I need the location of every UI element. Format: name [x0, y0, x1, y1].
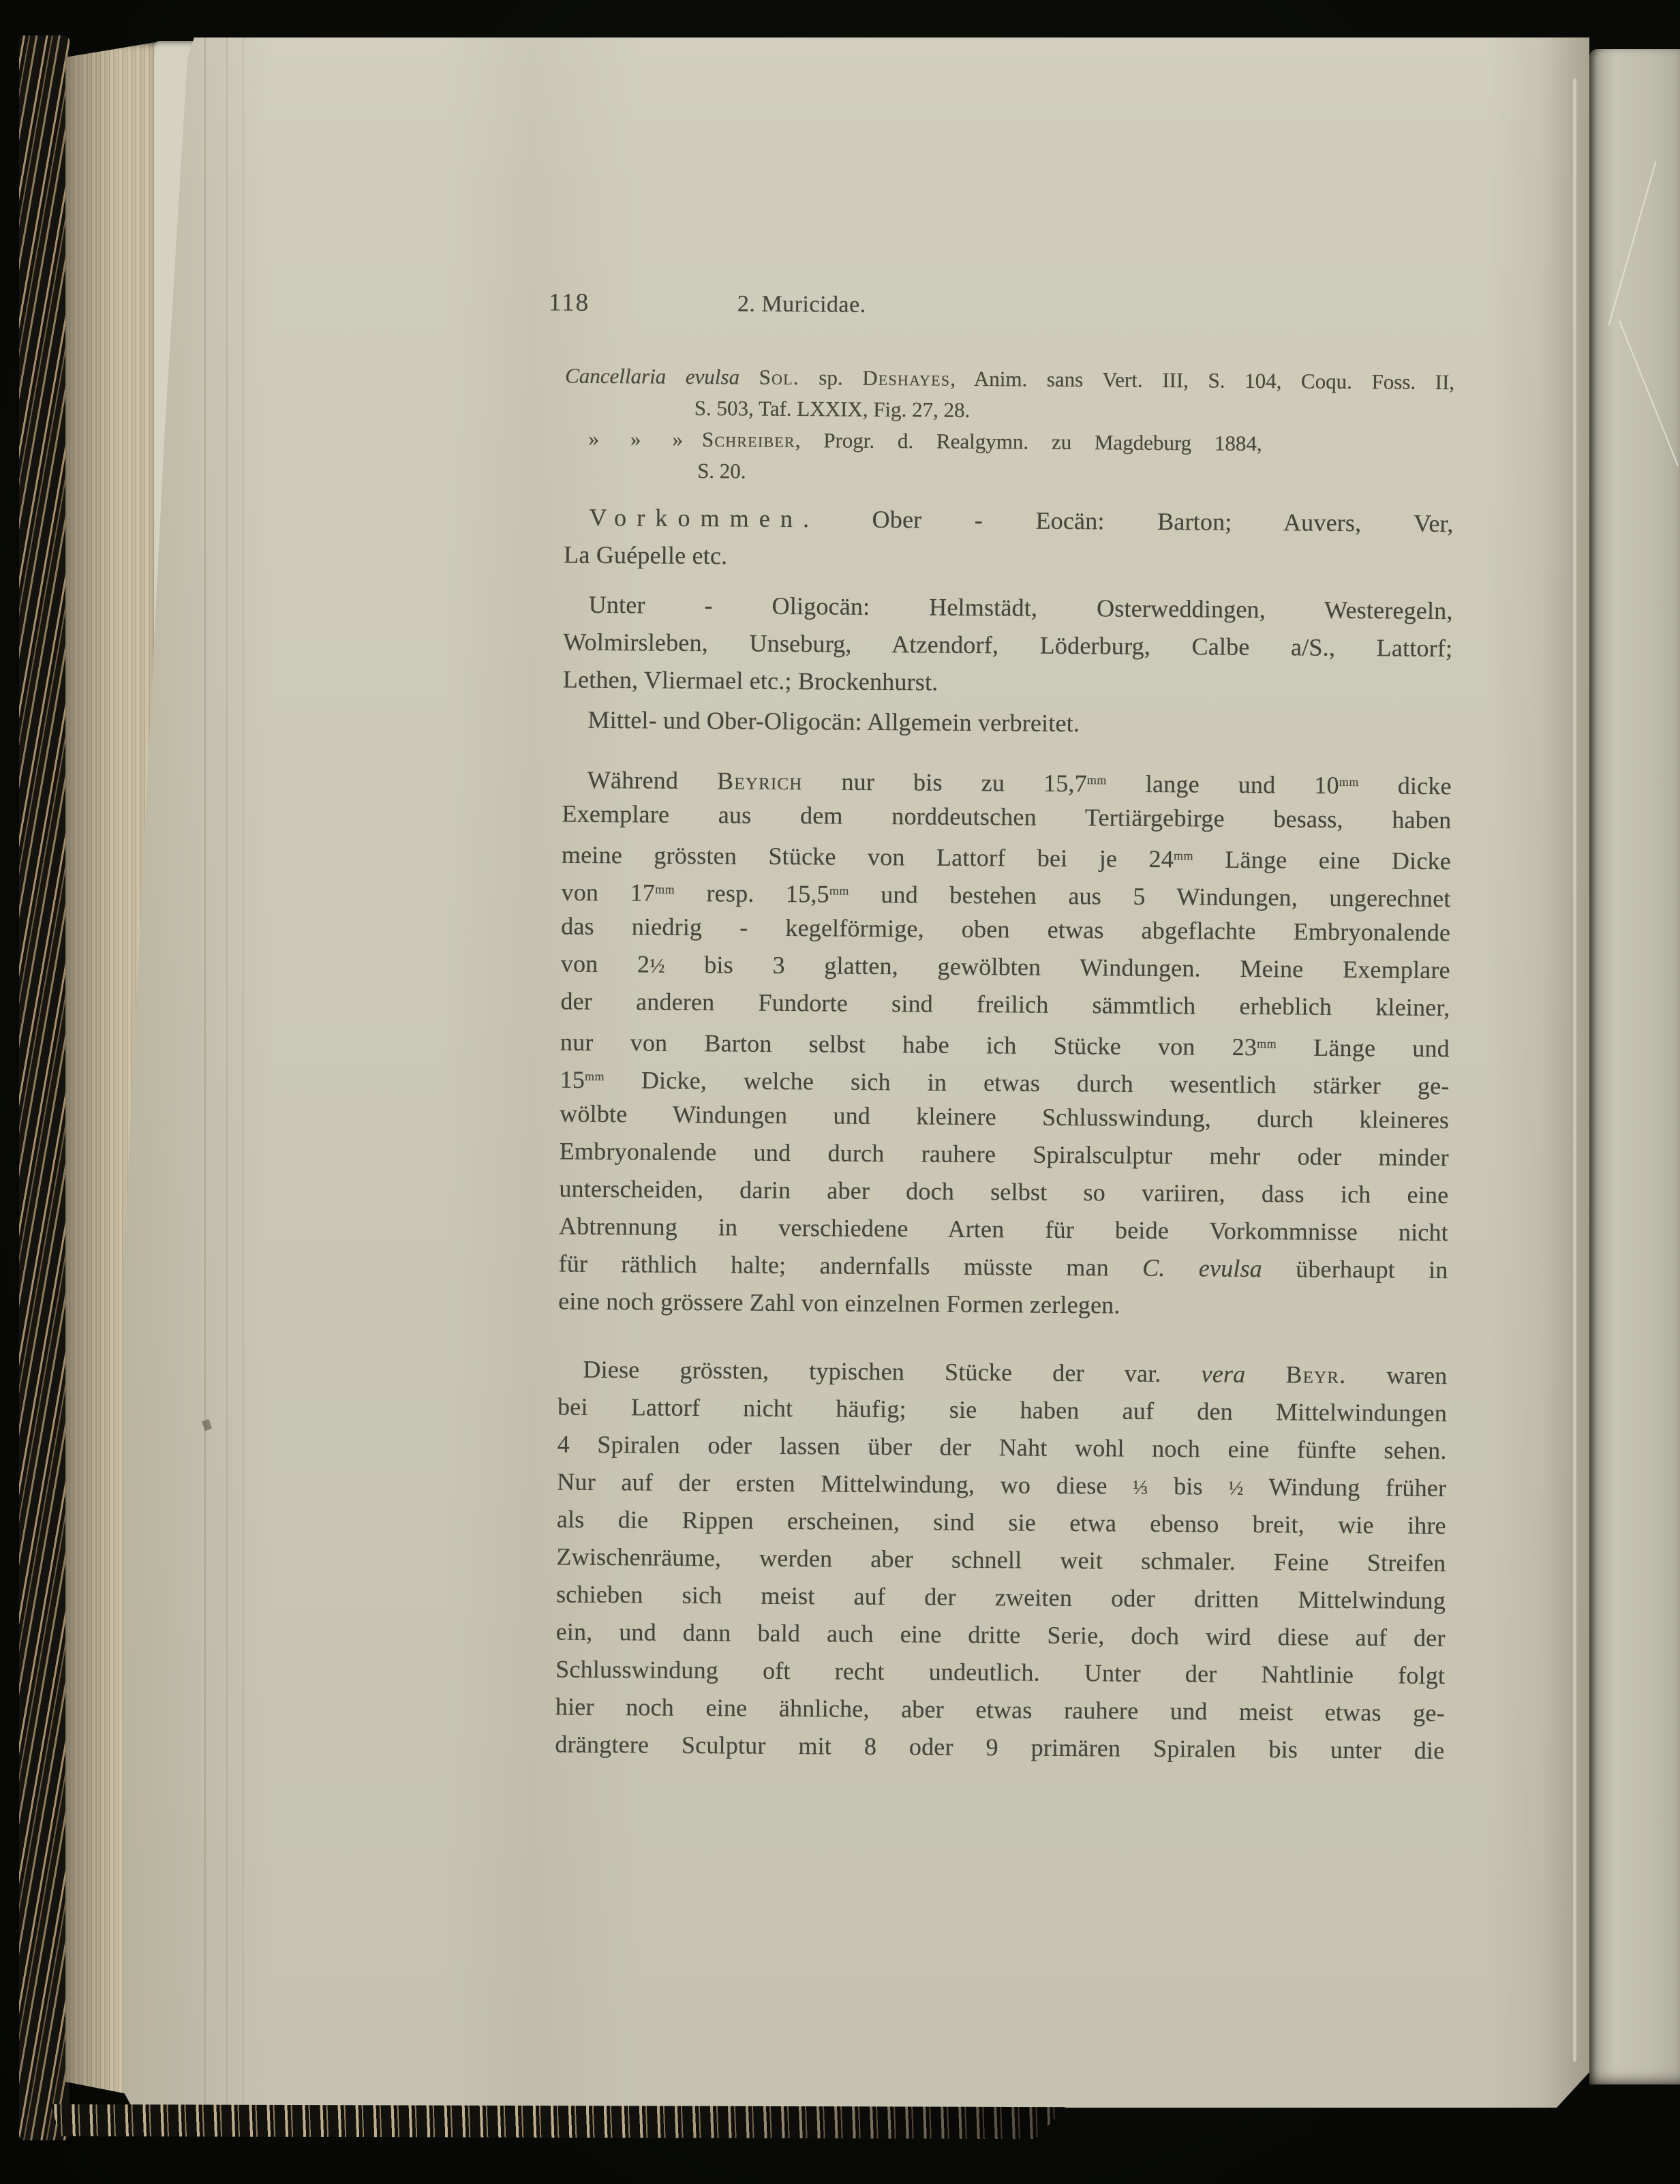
text-segment: waren [1346, 1361, 1447, 1389]
text-segment: bis [1148, 1472, 1228, 1500]
bottom-edge-shading [50, 2104, 1066, 2139]
left-cover-marbled-edge [19, 35, 70, 2140]
body-line: Zwischenräume, werden aber schnell weit … [556, 1538, 1446, 1583]
text-segment: Lethen, Vliermael etc.; Brockenhurst. [563, 666, 938, 696]
body-line: hier noch eine ähnliche, aber etwas rauh… [555, 1688, 1445, 1733]
text-segment: dicke [1359, 772, 1452, 800]
text-segment: hier noch eine ähnliche, aber etwas rauh… [555, 1693, 1445, 1727]
body-line: Diese grössten, typischen Stücke der var… [558, 1351, 1447, 1395]
text-segment: » [588, 427, 599, 451]
text-segment: ⅓ [1133, 1477, 1148, 1499]
text-segment: Länge und [1277, 1033, 1450, 1062]
text-segment: Beyr. [1285, 1361, 1346, 1389]
text-segment: Nur auf der ersten Mittelwindung, wo die… [557, 1468, 1133, 1500]
text-segment: Beyrich [717, 767, 803, 795]
text-segment: Ober - Eocän: Barton; Auvers, Ver, [819, 505, 1454, 537]
body-paragraph: Während Beyrich nur bis zu 15,7mm lange … [558, 758, 1452, 1327]
text-segment: Windung früher [1244, 1473, 1447, 1502]
body-line: La Guépelle etc. [564, 536, 1453, 581]
body-paragraph: Vorkommen. Ober - Eocän: Barton; Auvers,… [564, 499, 1454, 581]
text-segment: meine grössten Stücke von Lattorf bei je… [562, 841, 1174, 873]
text-segment: , Progr. d. Realgymn. zu Magdeburg 1884, [795, 428, 1262, 455]
text-segment: Unter - Oligocän: Helmstädt, Osterweddin… [589, 591, 1453, 624]
text-segment: Cancellaria evulsa [565, 364, 739, 389]
text-layer: 118 2. Muricidae. Cancellaria evulsa Sol… [181, 37, 1591, 2118]
body-line: Abtrennung in verschiedene Arten für bei… [559, 1208, 1448, 1252]
text-segment: Vorkommen. [589, 504, 819, 532]
body-line: meine grössten Stücke von Lattorf bei je… [562, 833, 1451, 877]
text-segment: von 2 [561, 950, 650, 978]
text-segment: mm [1257, 1037, 1277, 1050]
body-line: eine noch grössere Zahl von einzelnen Fo… [558, 1283, 1448, 1327]
text-segment: mm [655, 883, 675, 896]
text-segment: nur von Barton selbst habe ich Stücke vo… [560, 1029, 1257, 1061]
body-line: 15mm Dicke, welche sich in etwas durch w… [560, 1058, 1449, 1102]
text-segment: lange und 10 [1107, 770, 1339, 799]
text-segment: nur bis zu 15,7 [802, 768, 1087, 797]
text-segment: und bestehen aus 5 Windungen, ungerechne… [849, 881, 1451, 912]
text-segment: bei Lattorf nicht häufig; sie haben auf … [558, 1393, 1447, 1427]
text-segment: vera [1201, 1360, 1245, 1387]
text-segment: mm [1087, 773, 1107, 787]
text-segment: schieben sich meist auf der zweiten oder… [556, 1581, 1446, 1615]
text-segment: eine noch grössere Zahl von einzelnen Fo… [558, 1288, 1120, 1319]
text-segment: 4 Spiralen oder lassen über der Naht woh… [558, 1431, 1447, 1465]
text-segment [739, 365, 759, 389]
text-segment: S. 503, Taf. LXXIX, Fig. 27, 28. [694, 396, 971, 422]
text-segment: Sol. [759, 365, 799, 389]
body-line: Mittel- und Ober-Oligocän: Allgemein ver… [562, 701, 1452, 746]
text-segment: für räthlich halte; andernfalls müsste m… [558, 1250, 1142, 1281]
text-segment: Embryonalende und durch rauhere Spiralsc… [560, 1138, 1449, 1172]
text-segment: Mittel- und Ober-Oligocän: Allgemein ver… [587, 706, 1080, 737]
text-segment: überhaupt in [1262, 1255, 1448, 1284]
text-segment: S. 20. [697, 459, 746, 483]
text-segment: Exemplare aus dem norddeutschen Tertiärg… [562, 800, 1451, 834]
text-segment: » [630, 427, 641, 451]
body-line: wölbte Windungen und kleinere Schlusswin… [560, 1095, 1449, 1140]
text-segment: von 17 [561, 879, 655, 907]
right-page-edge [1589, 49, 1680, 2084]
text-segment: sp. [799, 365, 863, 390]
body-line: ein, und dann bald auch eine dritte Seri… [555, 1613, 1445, 1658]
body-paragraph: Unter - Oligocän: Helmstädt, Osterweddin… [563, 586, 1453, 706]
paper-crease [1619, 320, 1679, 466]
text-segment: Deshayes [862, 366, 950, 391]
body-line: von 2½ bis 3 glatten, gewölbten Windunge… [561, 945, 1450, 990]
synonymy-block: Cancellaria evulsa Sol. sp. Deshayes, An… [564, 361, 1454, 493]
text-segment: der anderen Fundorte sind freilich sämmt… [560, 988, 1450, 1022]
body-line: Unter - Oligocän: Helmstädt, Osterweddin… [563, 586, 1452, 631]
body-line: Wolmirsleben, Unseburg, Atzendorf, Löder… [563, 624, 1452, 668]
text-segment: drängtere Sculptur mit 8 oder 9 primären… [555, 1730, 1444, 1764]
text-segment: mm [585, 1070, 605, 1083]
text-segment [1245, 1361, 1285, 1388]
text-segment: mm [1339, 775, 1359, 789]
text-segment: , Anim. sans Vert. III, S. 104, Coqu. Fo… [950, 367, 1454, 394]
left-page-surface: 118 2. Muricidae. Cancellaria evulsa Sol… [123, 37, 1589, 2108]
body-line: von 17mm resp. 15,5mm und bestehen aus 5… [561, 870, 1450, 915]
text-segment: 15 [560, 1066, 585, 1093]
body-line: Vorkommen. Ober - Eocän: Barton; Auvers,… [564, 499, 1453, 543]
text-segment: wölbte Windungen und kleinere Schlusswin… [560, 1100, 1449, 1134]
body-line: Exemplare aus dem norddeutschen Tertiärg… [562, 795, 1451, 840]
text-segment: Zwischenräume, werden aber schnell weit … [556, 1543, 1446, 1577]
body-line: als die Rippen erscheinen, sind sie etwa… [557, 1501, 1446, 1545]
body-line: schieben sich meist auf der zweiten oder… [556, 1576, 1446, 1620]
photographed-book-scene: 118 2. Muricidae. Cancellaria evulsa Sol… [0, 0, 1680, 2184]
body-line: das niedrig - kegelförmige, oben etwas a… [561, 908, 1450, 952]
body-line: Schlusswindung oft recht undeutlich. Unt… [555, 1651, 1445, 1695]
text-segment: Während [587, 766, 718, 794]
body-line: 4 Spiralen oder lassen über der Naht woh… [557, 1426, 1446, 1470]
text-segment: Diese grössten, typischen Stücke der var… [583, 1356, 1201, 1388]
text-segment: bis 3 glatten, gewölbten Windungen. Mein… [665, 951, 1450, 984]
text-segment: La Guépelle etc. [564, 541, 727, 570]
body-line: Embryonalende und durch rauhere Spiralsc… [560, 1133, 1449, 1177]
text-segment: ½ [1228, 1478, 1244, 1500]
body-line: unterscheiden, darin aber doch selbst so… [559, 1170, 1448, 1215]
text-segment: Wolmirsleben, Unseburg, Atzendorf, Löder… [563, 628, 1452, 663]
text-segment: Länge eine Dicke [1193, 845, 1451, 875]
paper-crease [1608, 162, 1657, 326]
text-segment: das niedrig - kegelförmige, oben etwas a… [561, 913, 1450, 947]
body-paragraph: Diese grössten, typischen Stücke der var… [555, 1351, 1447, 1770]
body-line: bei Lattorf nicht häufig; sie haben auf … [558, 1389, 1447, 1433]
page-number: 118 [549, 288, 590, 317]
text-segment: Schreiber [702, 427, 795, 452]
text-segment: mm [1174, 849, 1193, 862]
body-line: Lethen, Vliermael etc.; Brockenhurst. [563, 661, 1452, 706]
running-header: 2. Muricidae. [737, 291, 866, 318]
text-segment: C. evulsa [1142, 1254, 1262, 1282]
text-segment: Schlusswindung oft recht undeutlich. Unt… [555, 1656, 1445, 1690]
text-segment: » [672, 427, 683, 451]
body-line: Nur auf der ersten Mittelwindung, wo die… [557, 1463, 1446, 1508]
text-segment: ½ [650, 955, 665, 977]
text-segment: ein, und dann bald auch eine dritte Seri… [556, 1618, 1446, 1652]
text-segment: unterscheiden, darin aber doch selbst so… [559, 1175, 1448, 1209]
body-line: der anderen Fundorte sind freilich sämmt… [560, 983, 1450, 1027]
synonymy-line: S. 20. [564, 455, 1454, 493]
text-segment: als die Rippen erscheinen, sind sie etwa… [557, 1506, 1446, 1540]
bottom-cover-marbled-edge [50, 2104, 1066, 2139]
body-line: Während Beyrich nur bis zu 15,7mm lange … [562, 758, 1452, 802]
body-paragraph: Mittel- und Ober-Oligocän: Allgemein ver… [562, 701, 1452, 746]
body-line: nur von Barton selbst habe ich Stücke vo… [560, 1020, 1450, 1065]
text-segment: Abtrennung in verschiedene Arten für bei… [559, 1213, 1448, 1247]
text-segment: Dicke, welche sich in etwas durch wesent… [605, 1066, 1450, 1099]
text-segment: resp. 15,5 [675, 879, 829, 908]
body-line: drängtere Sculptur mit 8 oder 9 primären… [555, 1725, 1444, 1770]
text-segment: mm [829, 883, 849, 897]
body-line: für räthlich halte; andernfalls müsste m… [558, 1245, 1448, 1290]
